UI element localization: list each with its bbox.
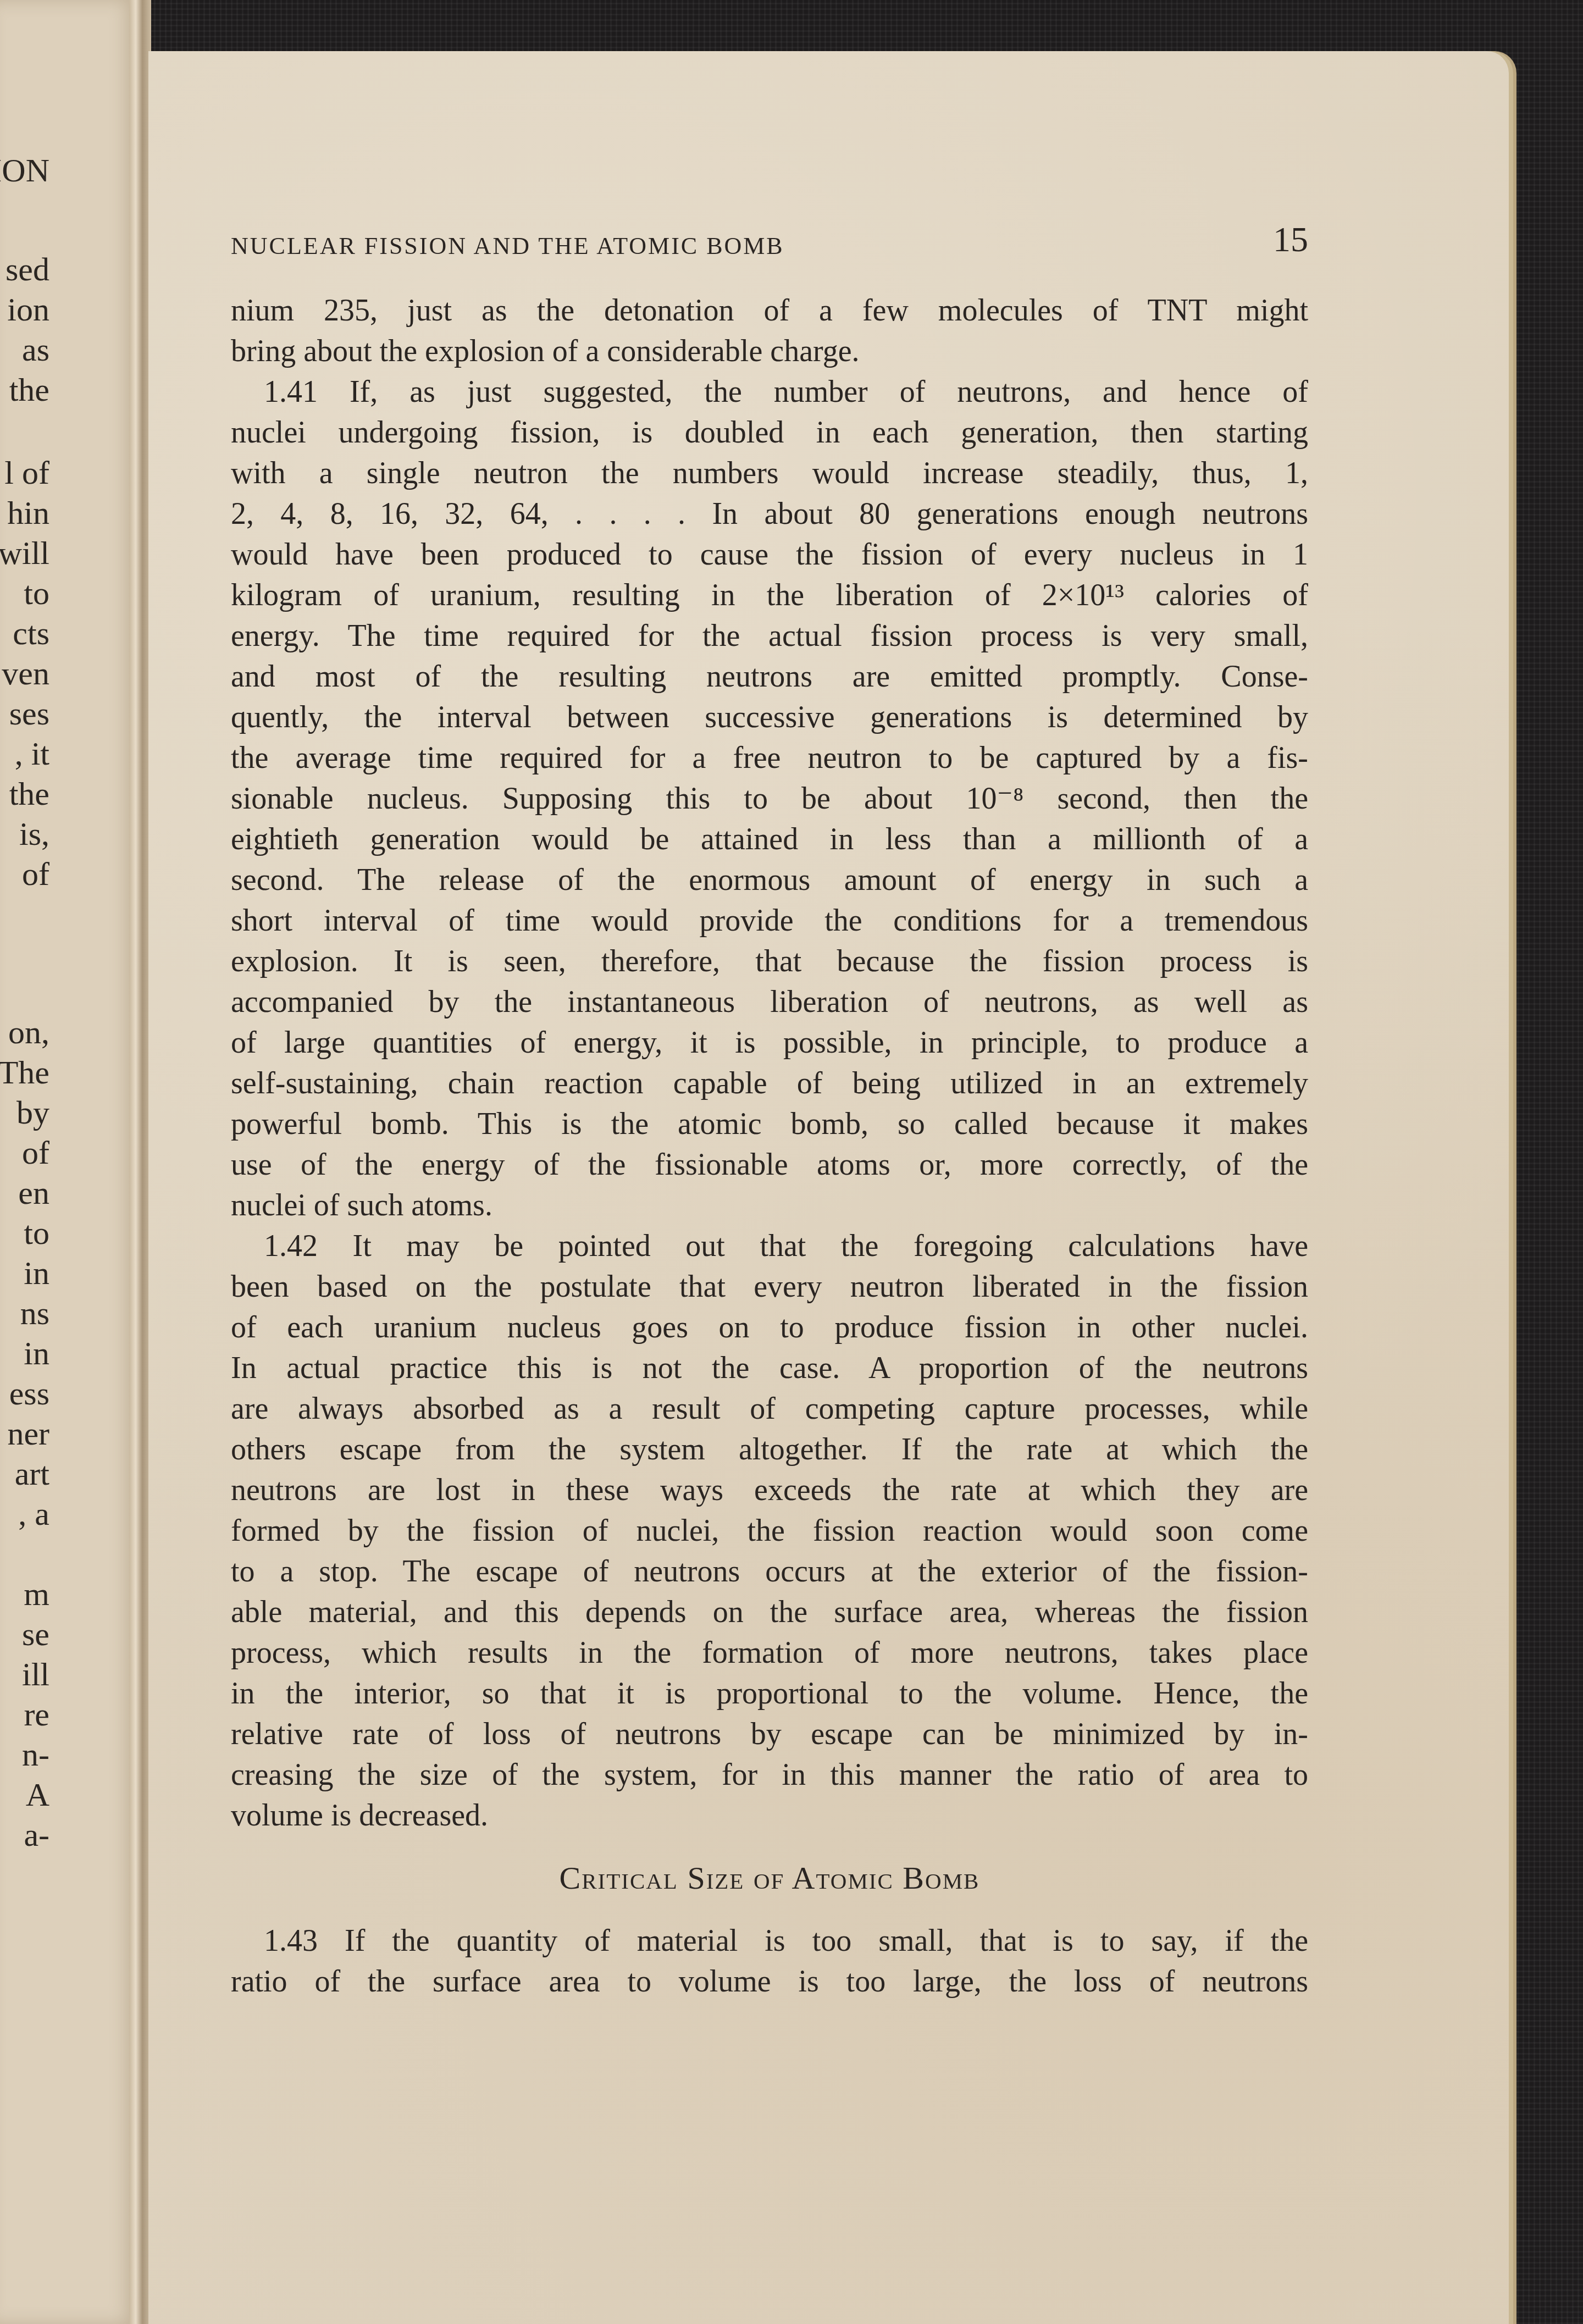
- left-page-text-fragment: cts: [13, 617, 49, 650]
- text-line: 2, 4, 8, 16, 32, 64, . . . . In about 80…: [231, 494, 1308, 534]
- text-line: bring about the explosion of a considera…: [231, 331, 1308, 372]
- left-page-text-fragment: hin: [7, 496, 49, 529]
- left-page-text-fragment: The: [0, 1056, 49, 1089]
- text-line: 1.43 If the quantity of material is too …: [231, 1921, 1308, 1961]
- paragraphs-before-heading: nium 235, just as the detonation of a fe…: [231, 290, 1308, 1836]
- text-line: eightieth generation would be attained i…: [231, 819, 1308, 860]
- left-page-text-fragment: of: [22, 1136, 49, 1169]
- text-line: are always absorbed as a result of compe…: [231, 1388, 1308, 1429]
- text-line: the average time required for a free neu…: [231, 738, 1308, 778]
- left-page-text-fragment: to: [24, 577, 49, 610]
- text-line: In actual practice this is not the case.…: [231, 1348, 1308, 1388]
- left-page-text-fragment: ner: [7, 1417, 49, 1450]
- text-line: and most of the resulting neutrons are e…: [231, 656, 1308, 697]
- section-heading: Critical Size of Atomic Bomb: [231, 1858, 1308, 1899]
- left-page-text-fragment: l of: [4, 456, 49, 489]
- left-page-text-fragment: en: [18, 1176, 49, 1209]
- left-page-text-fragment: in: [24, 1337, 49, 1370]
- text-line: to a stop. The escape of neutrons occurs…: [231, 1551, 1308, 1592]
- text-line: powerful bomb. This is the atomic bomb, …: [231, 1104, 1308, 1144]
- text-line: process, which results in the formation …: [231, 1633, 1308, 1673]
- text-line: with a single neutron the numbers would …: [231, 453, 1308, 494]
- text-line: explosion. It is seen, therefore, that b…: [231, 941, 1308, 982]
- left-page-text-fragment: ess: [9, 1377, 49, 1410]
- text-line: nium 235, just as the detonation of a fe…: [231, 290, 1308, 331]
- left-page-text-fragment: art: [15, 1457, 49, 1490]
- right-page: NUCLEAR FISSION AND THE ATOMIC BOMB 15 n…: [148, 51, 1509, 2324]
- left-page-text-fragment: of: [22, 857, 49, 890]
- running-title: NUCLEAR FISSION AND THE ATOMIC BOMB: [231, 232, 784, 260]
- left-page-text-fragment: se: [22, 1618, 49, 1651]
- left-page-text-fragment: is,: [19, 817, 49, 850]
- text-line: energy. The time required for the actual…: [231, 616, 1308, 656]
- left-page-text-fragment: on,: [8, 1016, 49, 1049]
- left-page-text-fragment: ns: [20, 1297, 49, 1330]
- left-page-text-fragment: as: [22, 333, 49, 366]
- text-line: volume is decreased.: [231, 1795, 1308, 1836]
- left-page-text-fragment: ses: [9, 697, 49, 730]
- left-page-text-fragment: ION: [0, 154, 49, 187]
- text-line: others escape from the system altogether…: [231, 1429, 1308, 1470]
- left-page-text-fragment: , a: [18, 1497, 49, 1530]
- left-page-text-fragment: to: [24, 1216, 49, 1249]
- left-page-text-fragment: ion: [7, 293, 49, 326]
- text-line: second. The release of the enormous amou…: [231, 860, 1308, 900]
- text-line: self-sustaining, chain reaction capable …: [231, 1063, 1308, 1104]
- text-line: nuclei of such atoms.: [231, 1185, 1308, 1226]
- text-line: ratio of the surface area to volume is t…: [231, 1961, 1308, 2002]
- text-line: relative rate of loss of neutrons by esc…: [231, 1714, 1308, 1755]
- text-line: of large quantities of energy, it is pos…: [231, 1022, 1308, 1063]
- text-line: 1.42 It may be pointed out that the fore…: [231, 1226, 1308, 1266]
- text-line: would have been produced to cause the fi…: [231, 534, 1308, 575]
- left-page-text-fragment: by: [16, 1096, 49, 1129]
- left-page-text-fragment: ill: [22, 1658, 49, 1691]
- text-line: quently, the interval between successive…: [231, 697, 1308, 738]
- left-page-text-fragment: n-: [22, 1738, 49, 1771]
- text-line: accompanied by the instantaneous liberat…: [231, 982, 1308, 1022]
- left-page-edge: IONsedionasthel ofhinwilltoctsvenses, it…: [0, 0, 137, 2324]
- body-text: nium 235, just as the detonation of a fe…: [231, 290, 1308, 2002]
- left-page-text-fragment: will: [0, 536, 49, 569]
- left-page-text-fragment: re: [24, 1698, 49, 1731]
- left-page-text-fragment: the: [9, 777, 49, 810]
- left-page-text-fragment: m: [24, 1578, 49, 1611]
- text-line: sionable nucleus. Supposing this to be a…: [231, 778, 1308, 819]
- running-head: NUCLEAR FISSION AND THE ATOMIC BOMB 15: [231, 216, 1308, 260]
- text-line: formed by the fission of nuclei, the fis…: [231, 1510, 1308, 1551]
- left-page-text-fragment: A: [26, 1778, 49, 1811]
- text-line: nuclei undergoing fission, is doubled in…: [231, 412, 1308, 453]
- text-line: short interval of time would provide the…: [231, 900, 1308, 941]
- book-gutter: [129, 0, 151, 2324]
- left-page-text-fragment: , it: [15, 737, 49, 770]
- left-page-text-fragment: a-: [24, 1818, 49, 1851]
- left-page-text-fragment: ven: [2, 657, 49, 690]
- paragraphs-after-heading: 1.43 If the quantity of material is too …: [231, 1921, 1308, 2002]
- left-page-text-fragment: in: [24, 1257, 49, 1290]
- left-page-text-fragment: the: [9, 373, 49, 406]
- text-line: neutrons are lost in these ways exceeds …: [231, 1470, 1308, 1510]
- text-line: 1.41 If, as just suggested, the number o…: [231, 372, 1308, 412]
- text-line: able material, and this depends on the s…: [231, 1592, 1308, 1633]
- text-line: been based on the postulate that every n…: [231, 1266, 1308, 1307]
- text-line: of each uranium nucleus goes on to produ…: [231, 1307, 1308, 1348]
- page-number: 15: [1273, 219, 1308, 260]
- text-line: creasing the size of the system, for in …: [231, 1755, 1308, 1795]
- text-line: kilogram of uranium, resulting in the li…: [231, 575, 1308, 616]
- text-line: in the interior, so that it is proportio…: [231, 1673, 1308, 1714]
- text-line: use of the energy of the fissionable ato…: [231, 1144, 1308, 1185]
- left-page-text-fragment: sed: [5, 253, 49, 286]
